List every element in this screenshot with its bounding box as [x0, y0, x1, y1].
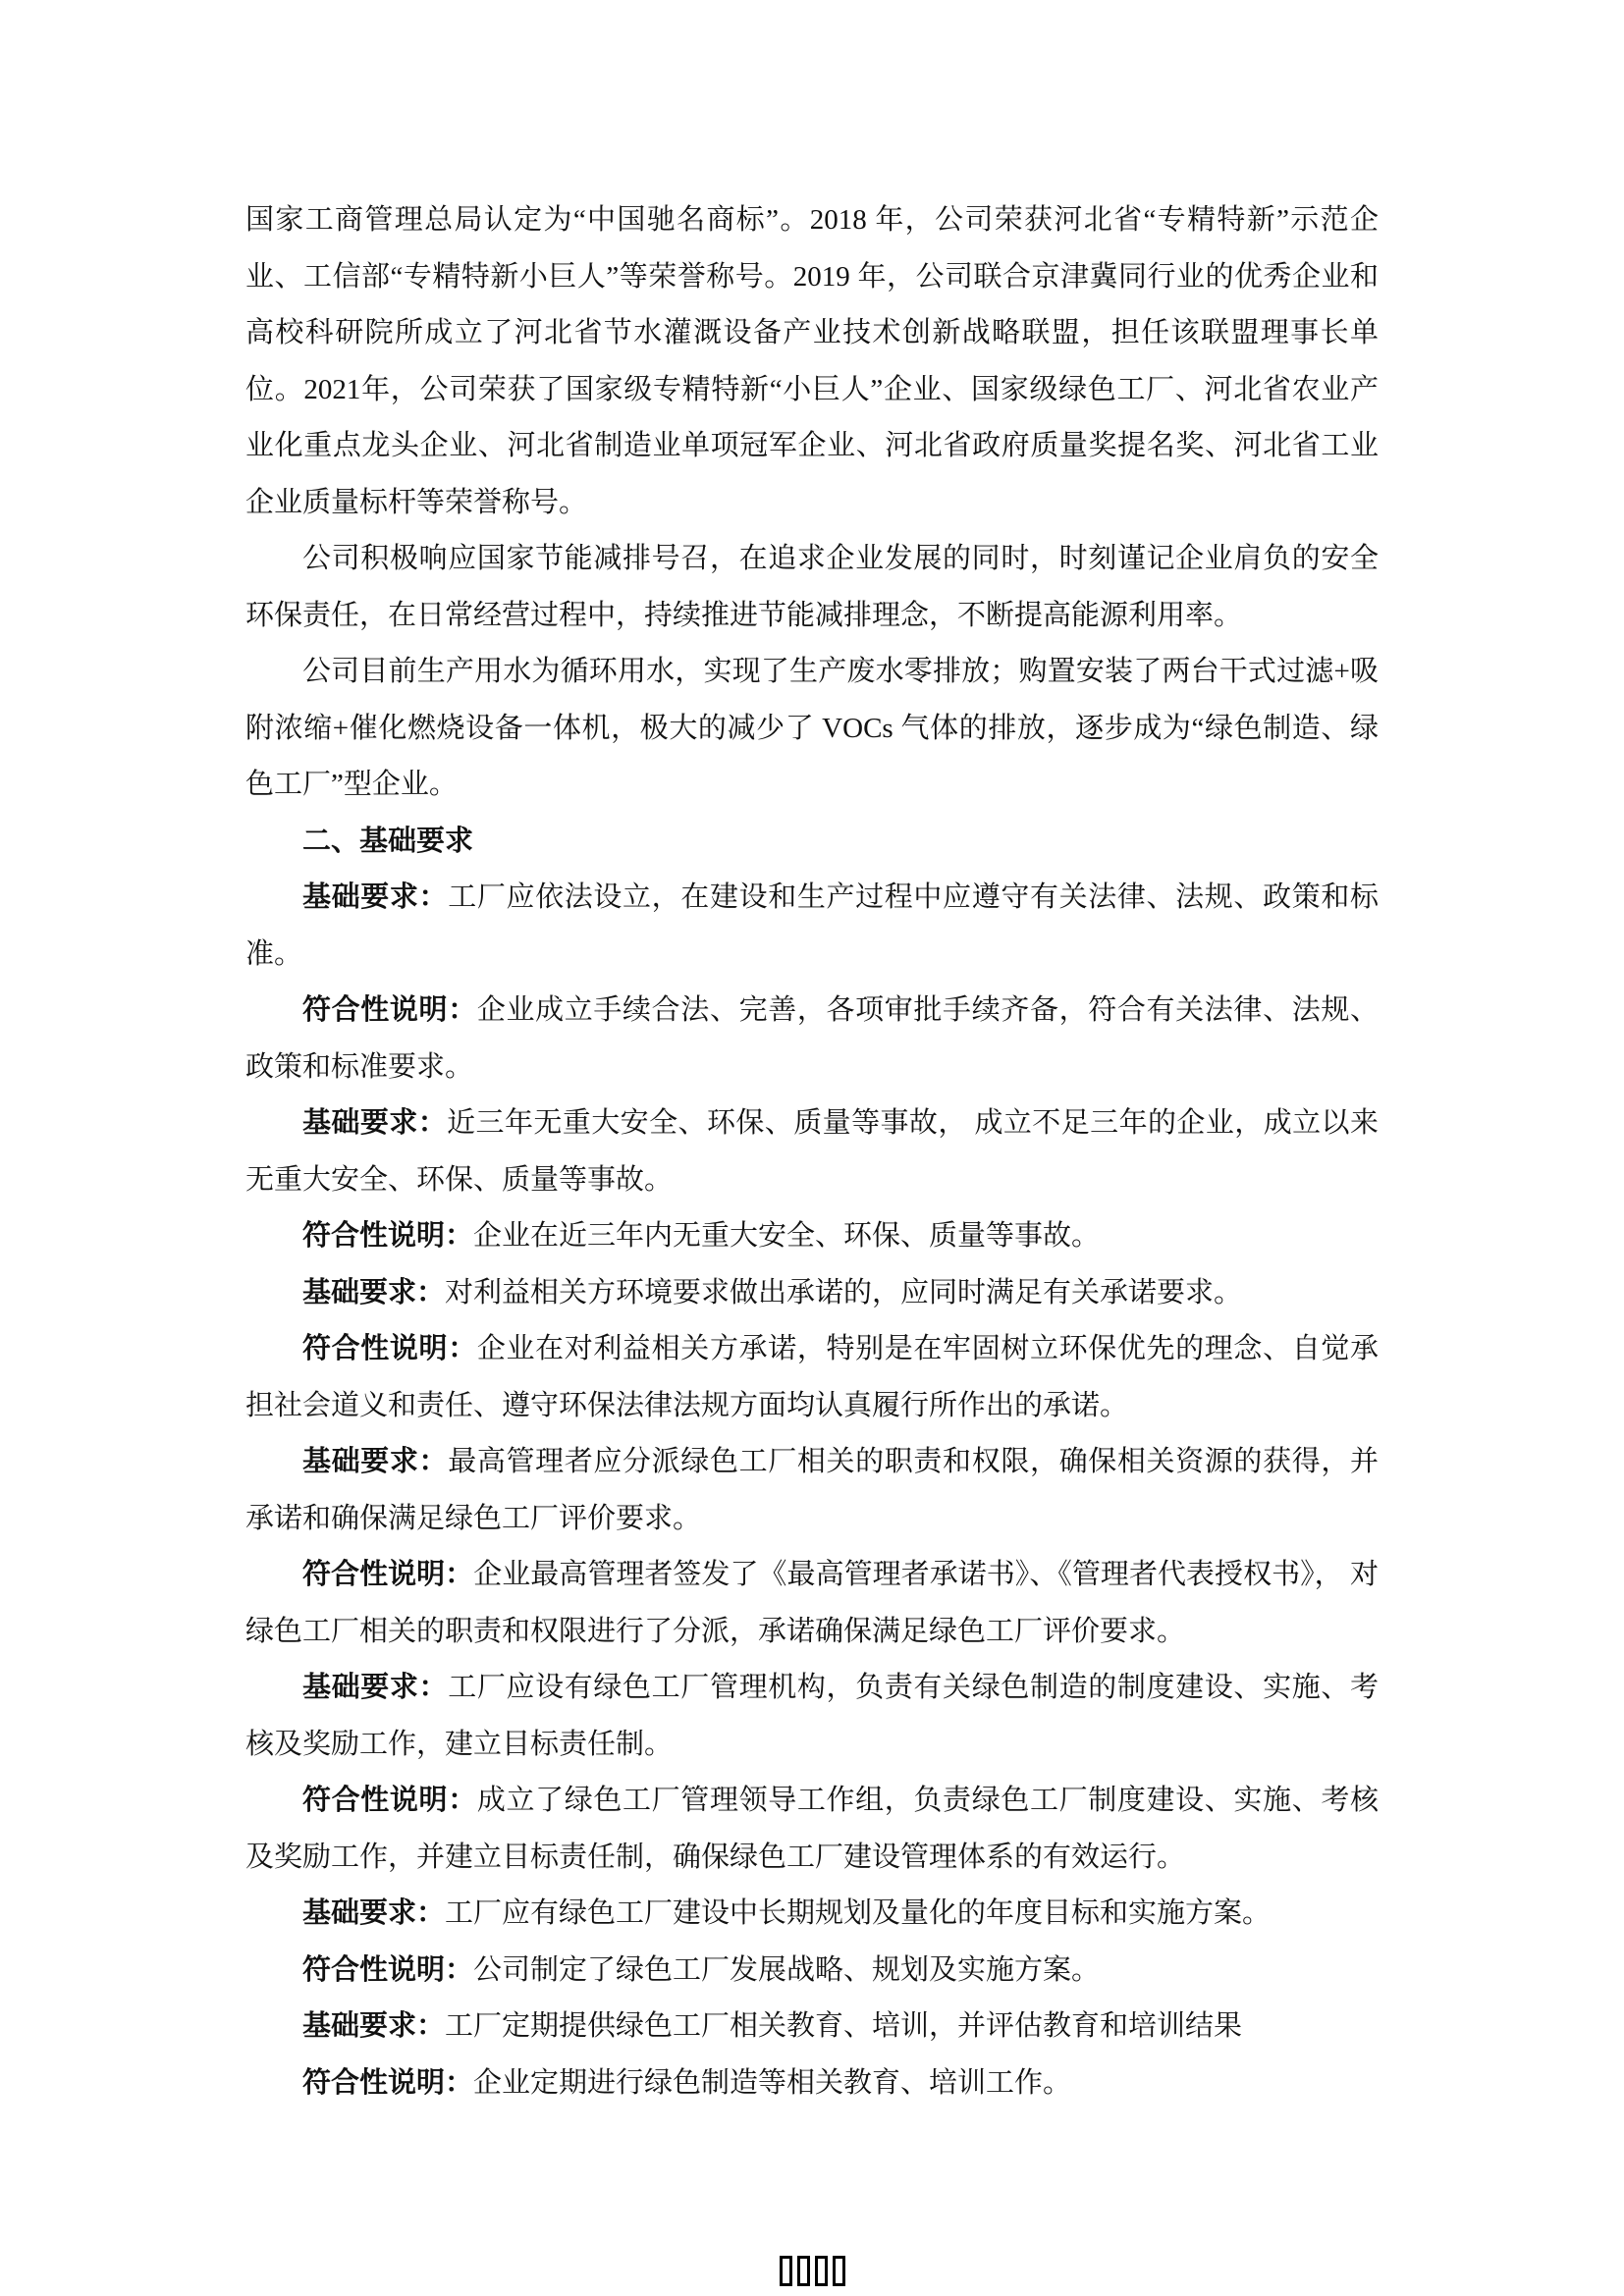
paragraph-text: 企业在近三年内无重大安全、环保、质量等事故。	[473, 1220, 1100, 1252]
paragraph: 符合性说明：成立了绿色工厂管理领导工作组，负责绿色工厂制度建设、实施、考核及奖励…	[245, 1773, 1379, 1886]
paragraph-text: 公司目前生产用水为循环用水，实现了生产废水零排放；购置安装了两台干式过滤+吸附浓…	[245, 656, 1379, 800]
paragraph: 公司积极响应国家节能减排号召，在追求企业发展的同时，时刻谨记企业肩负的安全环保责…	[245, 531, 1379, 644]
paragraph-label: 符合性说明：	[302, 1954, 473, 1986]
paragraph-label: 二、基础要求	[302, 826, 473, 857]
paragraph: 符合性说明：企业定期进行绿色制造等相关教育、培训工作。	[245, 2056, 1379, 2112]
paragraph-label: 基础要求：	[302, 1897, 445, 1929]
paragraph-label: 符合性说明：	[302, 1785, 477, 1816]
paragraph-label: 基础要求：	[302, 881, 448, 913]
paragraph: 基础要求：最高管理者应分派绿色工厂相关的职责和权限，确保相关资源的获得，并承诺和…	[245, 1434, 1379, 1547]
paragraph-label: 符合性说明：	[302, 994, 477, 1026]
paragraph-text: 公司积极响应国家节能减排号召，在追求企业发展的同时，时刻谨记企业肩负的安全环保责…	[245, 543, 1379, 631]
paragraph-label: 基础要求：	[302, 1672, 448, 1703]
paragraph: 符合性说明：公司制定了绿色工厂发展战略、规划及实施方案。	[245, 1943, 1379, 2000]
paragraph-text: 企业定期进行绿色制造等相关教育、培训工作。	[473, 2067, 1071, 2099]
paragraph-label: 基础要求：	[302, 1446, 448, 1477]
paragraph-label: 基础要求：	[302, 1277, 445, 1308]
paragraph: 符合性说明：企业最高管理者签发了《最高管理者承诺书》、《管理者代表授权书》， 对…	[245, 1547, 1379, 1660]
paragraph: 符合性说明：企业在对利益相关方承诺，特别是在牢固树立环保优先的理念、自觉承担社会…	[245, 1321, 1379, 1434]
paragraph: 基础要求：工厂定期提供绿色工厂相关教育、培训，并评估教育和培训结果	[245, 1999, 1379, 2056]
paragraph-text: 对利益相关方环境要求做出承诺的，应同时满足有关承诺要求。	[445, 1277, 1242, 1308]
paragraph-text: 国家工商管理总局认定为“中国驰名商标”。2018 年，公司荣获河北省“专精特新”…	[245, 204, 1379, 518]
section-heading: 二、基础要求	[245, 814, 1379, 871]
missing-glyph-box	[797, 2256, 810, 2286]
missing-glyph-box	[780, 2256, 792, 2286]
paragraph: 符合性说明：企业在近三年内无重大安全、环保、质量等事故。	[245, 1208, 1379, 1265]
paragraph-text: 工厂定期提供绿色工厂相关教育、培训，并评估教育和培训结果	[445, 2010, 1242, 2042]
paragraph-label: 基础要求：	[302, 1107, 447, 1139]
paragraph: 符合性说明：企业成立手续合法、完善，各项审批手续齐备，符合有关法律、法规、政策和…	[245, 983, 1379, 1095]
paragraph: 国家工商管理总局认定为“中国驰名商标”。2018 年，公司荣获河北省“专精特新”…	[245, 192, 1379, 531]
paragraph: 基础要求：对利益相关方环境要求做出承诺的，应同时满足有关承诺要求。	[245, 1265, 1379, 1322]
paragraph-label: 基础要求：	[302, 2010, 445, 2042]
paragraph-label: 符合性说明：	[302, 1559, 473, 1590]
paragraph-label: 符合性说明：	[302, 1333, 477, 1364]
missing-glyph-box	[815, 2256, 828, 2286]
paragraph-label: 符合性说明：	[302, 2067, 473, 2099]
footer-placeholder-glyphs	[0, 2256, 1624, 2287]
paragraph: 基础要求：近三年无重大安全、环保、质量等事故， 成立不足三年的企业，成立以来无重…	[245, 1095, 1379, 1208]
missing-glyph-box	[833, 2256, 845, 2286]
paragraph-text: 工厂应有绿色工厂建设中长期规划及量化的年度目标和实施方案。	[445, 1897, 1271, 1929]
paragraph-text: 公司制定了绿色工厂发展战略、规划及实施方案。	[473, 1954, 1100, 1986]
paragraph-label: 符合性说明：	[302, 1220, 473, 1252]
paragraph: 公司目前生产用水为循环用水，实现了生产废水零排放；购置安装了两台干式过滤+吸附浓…	[245, 644, 1379, 814]
paragraph: 基础要求：工厂应依法设立，在建设和生产过程中应遵守有关法律、法规、政策和标准。	[245, 870, 1379, 983]
paragraph: 基础要求：工厂应设有绿色工厂管理机构，负责有关绿色制造的制度建设、实施、考核及奖…	[245, 1660, 1379, 1773]
document-page: 国家工商管理总局认定为“中国驰名商标”。2018 年，公司荣获河北省“专精特新”…	[0, 0, 1624, 2296]
document-body: 国家工商管理总局认定为“中国驰名商标”。2018 年，公司荣获河北省“专精特新”…	[245, 192, 1379, 2111]
paragraph: 基础要求：工厂应有绿色工厂建设中长期规划及量化的年度目标和实施方案。	[245, 1886, 1379, 1943]
